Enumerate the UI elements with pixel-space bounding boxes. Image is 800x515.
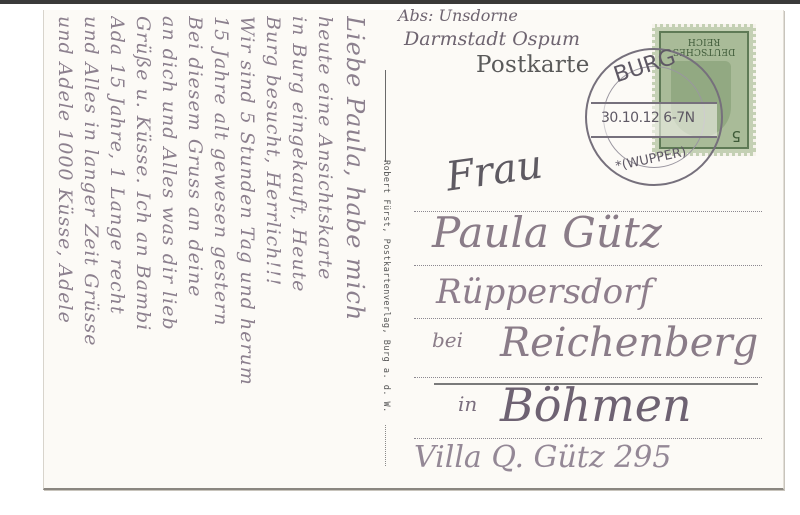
divider-line-dotted bbox=[385, 425, 386, 467]
message-line: Ada 15 Jahre, 1 Lange recht bbox=[104, 16, 130, 478]
message-line: an dich und Alles was dir lieb bbox=[156, 16, 182, 478]
postkarte-heading: Postkarte bbox=[476, 52, 590, 78]
stamp-value: 5 bbox=[731, 127, 741, 145]
handwritten-message: und Adele 1000 Küsse, Adele und Alles in… bbox=[52, 16, 392, 478]
address-line bbox=[414, 318, 762, 319]
message-line: 15 Jahre alt gewesen gestern bbox=[208, 16, 234, 478]
divider-line bbox=[385, 70, 386, 162]
address-villa: Villa Q. Gütz 295 bbox=[414, 440, 671, 475]
address-in: in bbox=[458, 392, 477, 416]
message-line: Bei diesem Gruss an deine bbox=[182, 16, 208, 478]
message-line: und Alles in langer Zeit Grüsse bbox=[78, 16, 104, 478]
postmark-date: 30.10.12 6-7N bbox=[601, 110, 695, 126]
address-town: Reichenberg bbox=[500, 320, 758, 366]
address-line bbox=[414, 438, 762, 439]
address-name: Paula Gütz bbox=[432, 208, 662, 257]
address-country: Böhmen bbox=[500, 378, 692, 432]
message-line: Grüße u. Küsse. Ich an Bambi bbox=[130, 16, 156, 478]
message-line: Liebe Paula, habe mich bbox=[342, 16, 368, 478]
postmark: BURG 30.10.12 6-7N *(WUPPER) bbox=[585, 48, 723, 186]
address-line bbox=[414, 265, 762, 266]
message-line: Burg besucht, Herrlich!!! bbox=[260, 16, 286, 478]
address-place: Rüppersdorf bbox=[436, 272, 652, 312]
publisher-imprint: Robert Fürst, Postkartenverlag, Burg a. … bbox=[377, 160, 391, 420]
address-bei: bei bbox=[432, 328, 463, 352]
sender-line-2: Darmstadt Ospum bbox=[404, 28, 580, 50]
scan-top-edge bbox=[0, 0, 800, 4]
message-line: in Burg eingekauft, Heute bbox=[286, 16, 312, 478]
message-line: und Adele 1000 Küsse, Adele bbox=[52, 16, 78, 478]
message-line: Wir sind 5 Stunden Tag und herum bbox=[234, 16, 260, 478]
sender-line-1: Abs: Unsdorne bbox=[398, 6, 518, 25]
message-line: heute eine Ansichtskarte bbox=[312, 16, 338, 478]
